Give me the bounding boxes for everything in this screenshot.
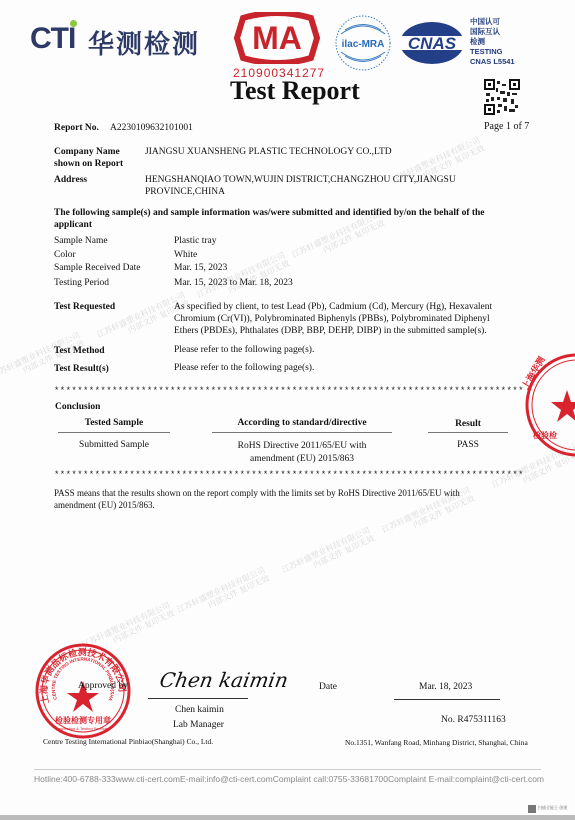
date-value: Mar. 18, 2023 [419, 681, 472, 693]
report-no-value: A2230109632101001 [110, 122, 193, 134]
cti-logo: CTI [30, 22, 75, 56]
watermark: 江苏轩盛塑业科技有限公司内部文件 复印无效 [281, 525, 376, 582]
qr-code-icon[interactable] [484, 79, 520, 115]
header-underline [428, 432, 508, 433]
report-no-label: Report No. [54, 122, 99, 134]
signer-name: Chen kaimin [175, 704, 224, 716]
report-title: Test Report [230, 76, 360, 106]
signer-role: Lab Manager [173, 719, 224, 731]
received-date-value: Mar. 15, 2023 [174, 262, 227, 274]
sample-intro: The following sample(s) and sample infor… [54, 207, 485, 231]
test-results-value: Please refer to the following page(s). [174, 362, 314, 374]
complaint-email-link[interactable]: Complaint E-mail:complaint@cti-cert.com [388, 774, 544, 784]
cell-standard: RoHS Directive 2011/65/EU withamendment … [212, 440, 392, 466]
certificate-no: No. R475311163 [441, 714, 506, 726]
cell-sample: Submitted Sample [58, 439, 170, 452]
header-underline [212, 432, 392, 433]
signature: Chen kaimin [158, 668, 290, 692]
svg-text:CNAS: CNAS [408, 34, 457, 53]
footer-contacts: Hotline:400-6788-333 www.cti-cert.com E-… [34, 774, 544, 784]
col-tested-sample: Tested Sample [58, 418, 170, 428]
company-seal-partial-icon: 上海华测 检验检 [515, 350, 575, 460]
date-line [394, 699, 500, 700]
footer-divider [34, 769, 541, 770]
ilac-mra-logo-icon: ilac-MRA [333, 14, 393, 72]
email-link[interactable]: E-mail:info@cti-cert.com [180, 774, 273, 784]
color-value: White [174, 249, 197, 261]
test-requested-label: Test Requested [54, 301, 115, 313]
hotline: Hotline:400-6788-333 [34, 774, 116, 784]
brand-text: CTI [30, 22, 75, 55]
watermark: 江苏轩盛塑业科技有限公司内部文件 复印无效 [176, 565, 271, 622]
complaint-call: Complaint call:0755-33681700 [273, 774, 388, 784]
svg-text:MA: MA [252, 20, 302, 56]
color-label: Color [54, 249, 76, 261]
address-value: HENGSHANQIAO TOWN,WUJIN DISTRICT,CHANGZH… [145, 174, 456, 198]
lab-company: Centre Testing International Pinbiao(Sha… [43, 736, 213, 748]
logo-dot-icon [70, 20, 77, 27]
date-label: Date [319, 681, 337, 693]
test-method-value: Please refer to the following page(s). [174, 344, 314, 356]
sample-name-value: Plastic tray [174, 235, 216, 247]
svg-text:检验检: 检验检 [533, 430, 558, 440]
cell-result: PASS [428, 439, 508, 452]
signature-line [148, 698, 248, 699]
bottom-bar [0, 815, 575, 820]
testing-period-label: Testing Period [54, 277, 109, 289]
cnas-accreditation-text: 中国认可 国际互认 检测 TESTING CNAS L5541 [470, 17, 515, 67]
divider-stars: ****************************************… [54, 470, 524, 480]
page-indicator: Page 1 of 7 [484, 121, 529, 132]
company-value: JIANGSU XUANSHENG PLASTIC TECHNOLOGY CO.… [145, 146, 392, 158]
scanner-qr-icon [528, 805, 536, 813]
header-underline [58, 432, 170, 433]
pass-note: PASS means that the results shown on the… [54, 487, 460, 511]
cnas-logo-icon: CNAS [398, 20, 466, 66]
website-link[interactable]: www.cti-cert.com [116, 774, 180, 784]
brand-cn: 华测检测 [88, 24, 200, 61]
sample-name-label: Sample Name [54, 235, 108, 247]
approved-by-label: Approved by [78, 680, 128, 692]
col-result: Result [428, 419, 508, 429]
conclusion-heading: Conclusion [55, 401, 100, 413]
test-method-label: Test Method [54, 345, 105, 357]
svg-text:检验检测专用章: 检验检测专用章 [55, 715, 111, 725]
watermark: 江苏轩盛塑业科技有限公司内部文件 复印无效 [0, 330, 86, 387]
company-label: Company Nameshown on Report [54, 146, 123, 170]
test-results-label: Test Result(s) [54, 363, 109, 375]
svg-text:上海华测: 上海华测 [519, 354, 547, 391]
scanner-note: 扫描全能王 创建 [538, 805, 567, 811]
received-date-label: Sample Received Date [54, 262, 141, 274]
svg-text:ilac-MRA: ilac-MRA [342, 39, 385, 50]
svg-text:Inspection & Testing Services: Inspection & Testing Services [57, 726, 109, 731]
cma-logo-icon: MA [233, 12, 321, 64]
divider-stars: ****************************************… [54, 386, 524, 396]
col-standard: According to standard/directive [212, 418, 392, 428]
testing-period-value: Mar. 15, 2023 to Mar. 18, 2023 [174, 277, 293, 289]
lab-address: No.1351, Wanfang Road, Minhang District,… [345, 737, 528, 749]
address-label: Address [54, 174, 87, 186]
test-requested-value: As specified by client, to test Lead (Pb… [174, 301, 492, 337]
